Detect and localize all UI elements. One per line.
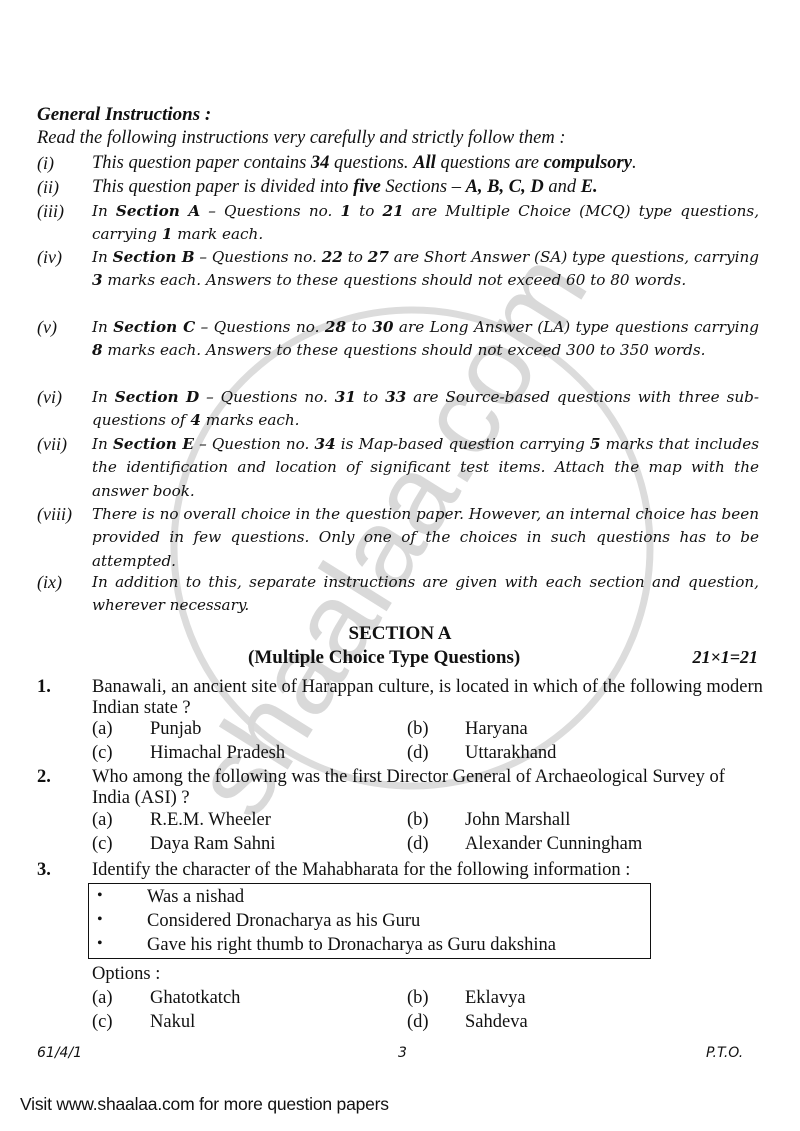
option-text: Himachal Pradesh [150,743,285,763]
instruction-item: (i)This question paper contains 34 quest… [37,152,759,175]
question-3-info-box: •Was a nishad •Considered Dronacharya as… [88,883,651,959]
option-d: (d)Alexander Cunningham [407,834,642,855]
bullet-icon: • [97,887,103,905]
section-subtitle: (Multiple Choice Type Questions) [248,647,520,669]
instruction-item: (vii)In Section E – Question no. 34 is M… [37,433,759,503]
instruction-text: In Section C – Questions no. 28 to 30 ar… [92,316,759,363]
option-text: Ghatotkatch [150,988,240,1008]
instruction-text: In addition to this, separate instructio… [92,571,759,618]
option-a: (a)Ghatotkatch [92,988,240,1009]
options-label: Options : [92,964,160,985]
option-d: (d)Uttarakhand [407,743,556,764]
instruction-text: In Section D – Questions no. 31 to 33 ar… [92,386,759,433]
question-text: Who among the following was the first Di… [92,767,767,808]
general-instructions-title: General Instructions : [37,104,211,126]
option-c: (c)Daya Ram Sahni [92,834,275,855]
option-label: (d) [407,834,465,855]
option-d: (d)Sahdeva [407,1012,528,1033]
option-text: Sahdeva [465,1012,528,1032]
instruction-text: This question paper is divided into five… [92,176,759,199]
option-label: (a) [92,719,150,740]
question-2: 2. Who among the following was the first… [37,767,767,808]
question-1: 1. Banawali, an ancient site of Harappan… [37,677,767,718]
bullet-text: Considered Dronacharya as his Guru [147,911,420,932]
option-text: Alexander Cunningham [465,834,642,854]
option-c: (c)Nakul [92,1012,195,1033]
option-text: Daya Ram Sahni [150,834,275,854]
option-text: Haryana [465,719,528,739]
option-text: Uttarakhand [465,743,556,763]
bullet-text: Was a nishad [147,887,244,908]
option-label: (d) [407,743,465,764]
instruction-item: (vi)In Section D – Questions no. 31 to 3… [37,386,759,433]
question-text: Identify the character of the Mahabharat… [92,860,767,881]
option-label: (c) [92,834,150,855]
instruction-number: (iv) [37,246,62,269]
section-marks: 21×1=21 [692,647,758,668]
option-label: (a) [92,988,150,1009]
instruction-number: (viii) [37,503,72,526]
option-label: (b) [407,719,465,740]
instruction-number: (ii) [37,176,59,199]
paper-code: 61/4/1 [37,1045,82,1061]
exam-page: shaalaa.com General Instructions : Read … [0,0,800,1131]
option-b: (b)John Marshall [407,810,570,831]
option-label: (c) [92,1012,150,1033]
instruction-item: (iv)In Section B – Questions no. 22 to 2… [37,246,759,293]
instruction-text: This question paper contains 34 question… [92,152,759,175]
instruction-text: In Section E – Question no. 34 is Map-ba… [92,433,759,503]
instruction-number: (iii) [37,200,64,223]
question-number: 2. [37,767,51,788]
option-text: John Marshall [465,810,570,830]
instruction-number: (vi) [37,386,62,409]
section-title: SECTION A [0,623,800,645]
instruction-text: In Section B – Questions no. 22 to 27 ar… [92,246,759,293]
option-label: (d) [407,1012,465,1033]
option-text: Nakul [150,1012,195,1032]
option-text: Eklavya [465,988,526,1008]
bullet-icon: • [97,935,103,953]
option-label: (b) [407,810,465,831]
question-number: 1. [37,677,51,698]
instruction-number: (ix) [37,571,62,594]
option-b: (b)Eklavya [407,988,526,1009]
option-b: (b)Haryana [407,719,528,740]
bullet-icon: • [97,911,103,929]
instruction-text: In Section A – Questions no. 1 to 21 are… [92,200,759,247]
option-text: Punjab [150,719,201,739]
instruction-item: (v)In Section C – Questions no. 28 to 30… [37,316,759,363]
bullet-text: Gave his right thumb to Dronacharya as G… [147,935,556,956]
option-a: (a)R.E.M. Wheeler [92,810,271,831]
option-a: (a)Punjab [92,719,201,740]
instruction-item: (iii)In Section A – Questions no. 1 to 2… [37,200,759,247]
option-label: (c) [92,743,150,764]
option-c: (c)Himachal Pradesh [92,743,285,764]
option-label: (b) [407,988,465,1009]
option-text: R.E.M. Wheeler [150,810,271,830]
instruction-number: (i) [37,152,54,175]
visit-link[interactable]: Visit www.shaalaa.com for more question … [20,1094,389,1115]
option-label: (a) [92,810,150,831]
general-instructions-intro: Read the following instructions very car… [37,128,566,149]
pto-label: P.T.O. [706,1045,743,1061]
instruction-item: (ii)This question paper is divided into … [37,176,759,199]
page-number: 3 [398,1045,407,1061]
question-text: Banawali, an ancient site of Harappan cu… [92,677,767,718]
instruction-item: (ix)In addition to this, separate instru… [37,571,759,618]
instruction-item: (viii)There is no overall choice in the … [37,503,759,573]
instruction-number: (vii) [37,433,67,456]
question-3: 3. Identify the character of the Mahabha… [37,860,767,881]
instruction-number: (v) [37,316,57,339]
question-number: 3. [37,860,51,881]
instruction-text: There is no overall choice in the questi… [92,503,759,573]
